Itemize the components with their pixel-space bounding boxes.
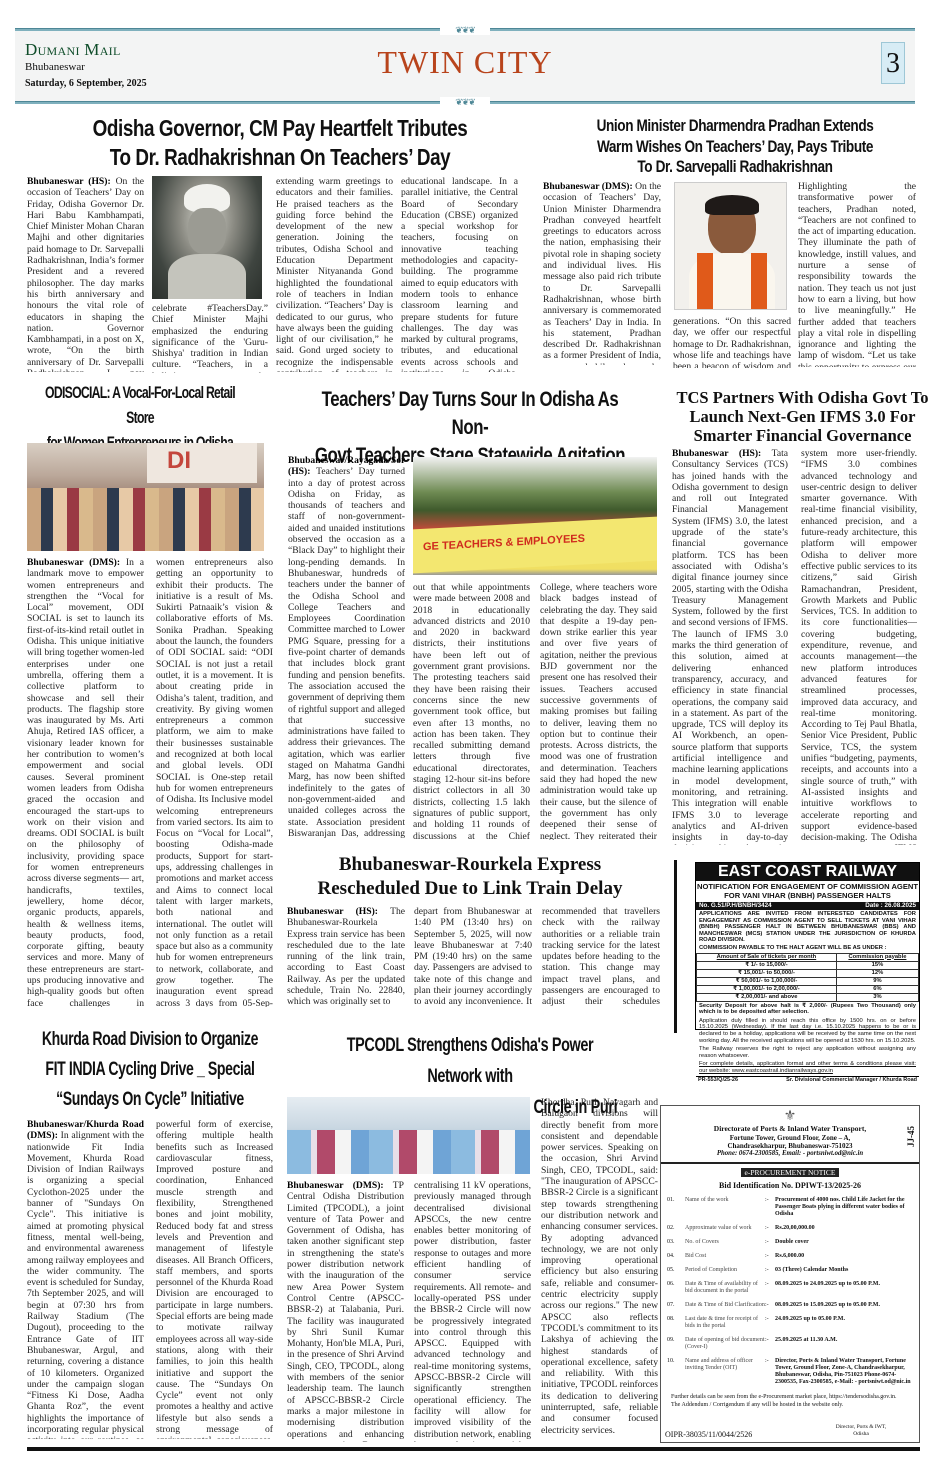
notice-row: 09.Date of opening of bid document (Cove… — [661, 1337, 919, 1351]
masthead: ❦❦❦ Dumani Mail Bhubaneswar Saturday, 6 … — [15, 28, 915, 104]
article-column: Bhubaneswar (DMS): In a landmark move to… — [27, 557, 144, 1007]
notice-further-details[interactable]: Further details can be seen from the e-P… — [661, 1393, 919, 1401]
notice-row: 08.Last date & time for receipt of bids … — [661, 1316, 919, 1330]
table-row: ₹ 2,00,001/- and above3% — [697, 993, 919, 1001]
article-column: centralising 11 kV operations, previousl… — [414, 1180, 531, 1442]
article-column: celebrate #TeachersDay.” Chief Minister … — [152, 303, 268, 373]
article-column: Highlighting the transformative power of… — [798, 181, 916, 367]
table-row: ₹ 1,00,001/- to 2,00,000/-6% — [697, 985, 919, 993]
notice-addendum: The Addendum / Corrigendum if any will b… — [661, 1401, 919, 1409]
radhakrishnan-portrait-photo — [152, 176, 262, 299]
ad-reserve: The Railway reserves the right to reject… — [696, 1045, 919, 1060]
table-cell: 3% — [836, 993, 918, 1001]
page-bottom-rule — [27, 1447, 920, 1451]
article-column: College, where teachers wore black badge… — [540, 582, 657, 840]
table-header: Commission payable — [836, 953, 918, 961]
table-cell: 15% — [836, 961, 918, 969]
section-title: TWIN CITY — [15, 44, 915, 81]
table-cell: ₹ 15,001/- to 50,000/- — [697, 969, 837, 977]
table-cell: 9% — [836, 977, 918, 985]
dharmendra-pradhan-photo — [674, 182, 787, 310]
article-column: extending warm greetings to educators an… — [276, 176, 393, 372]
table-row: ₹ 50,001/- to 1,00,000/-9% — [697, 977, 919, 985]
notice-row: 07.Date & Time of Bid Clarification:-08.… — [661, 1302, 919, 1309]
table-row: ₹ 1/- to 15,000/-15% — [697, 961, 919, 969]
notice-row: 03.No. of Covers:-Double cover — [661, 1239, 919, 1246]
commission-table: Amount of Sale of tickets per month Comm… — [696, 953, 919, 1002]
table-header: Amount of Sale of tickets per month — [697, 953, 837, 961]
emblem-icon: ⚜ — [661, 1109, 919, 1125]
table-cell: ₹ 50,001/- to 1,00,000/- — [697, 977, 837, 985]
notice-row: 10.Name and address of officer inviting … — [661, 1358, 919, 1386]
ad-date: Date : 26.08.2025 — [865, 902, 916, 910]
table-row: ₹ 15,001/- to 50,000/-12% — [697, 969, 919, 977]
ad-side-rule — [674, 860, 677, 1033]
notice-contact: Phone: 0674-2300585, Email: - portsniwt.… — [661, 1150, 919, 1158]
notice-row: 05.Period of Completion:-03 (Three) Cale… — [661, 1267, 919, 1274]
notice-oipr: OIPR-38035/11/0044/2526 — [665, 1431, 752, 1438]
headline[interactable]: Bhubaneswar-Rourkela Express Rescheduled… — [280, 853, 660, 901]
notice-side-code: JJ-45 — [908, 1126, 915, 1147]
article-column: Khordha, Puri, Nayagarh and Balugaon div… — [541, 1097, 658, 1442]
notice-row: 06.Date & Time of availability of bid do… — [661, 1281, 919, 1295]
teachers-protest-rally-photo: GE TEACHERS & EMPLOYEES — [413, 457, 657, 575]
notice-title: e-PROCUREMENT NOTICE — [741, 1168, 840, 1177]
headline[interactable]: Union Minister Dharmendra Pradhan Extend… — [567, 116, 903, 178]
notice-row: 02.Approximate value of work:-Rs.20,00,0… — [661, 1225, 919, 1232]
ornament-icon: ❦❦❦ — [440, 25, 490, 35]
ad-ref-no: No. G.51/P.H/BNBH/3424 — [699, 902, 772, 910]
table-cell: ₹ 2,00,001/- and above — [697, 993, 837, 1001]
headline[interactable]: TCS Partners With Odisha Govt To Launch … — [660, 388, 945, 445]
ad-deposit: Security Deposit for above halt is ₹ 2,0… — [696, 1002, 919, 1017]
article-column: Bhubaneswar/Khurda Road (DMS): In alignm… — [27, 1119, 144, 1439]
ad-reference-bar: No. G.51/P.H/BNBH/3424 Date : 26.08.2025 — [696, 902, 919, 910]
article-column: Bhubaneswar (DMS): On the occasion of Te… — [543, 181, 661, 365]
ad-signatory: Sr. Divisional Commercial Manager / Khur… — [786, 1077, 917, 1084]
article-column: generations. “On this sacred day, we off… — [673, 316, 791, 368]
headline[interactable]: Khurda Road Division to Organize FIT IND… — [39, 1025, 261, 1115]
bid-identification: Bid Identification No. DPIWT-13/2025-26 — [661, 1182, 919, 1189]
article-column: Bhubaneswar (HS): On the occasion of Tea… — [27, 176, 144, 372]
notice-row: 04.Bid Cost:-Rs.6,000.00 — [661, 1253, 919, 1260]
notice-address-1: Fortune Tower, Ground Floor, Zone – A, — [661, 1134, 919, 1142]
table-cell: 6% — [836, 985, 918, 993]
article-column: women entrepreneurs also getting an oppo… — [156, 557, 273, 1007]
dpiwt-procurement-notice: ⚜ Directorate of Ports & Inland Water Tr… — [660, 1105, 920, 1443]
table-cell: ₹ 1/- to 15,000/- — [697, 961, 837, 969]
article-column: powerful form of exercise, offering mult… — [156, 1119, 273, 1439]
article-column: Bhubaneswar (HS): Tata Consultancy Servi… — [672, 448, 788, 845]
notice-address-2: Chandrasekharpur, Bhubaneswar-751023 — [661, 1142, 919, 1150]
page-number: 3 — [881, 42, 905, 84]
ad-footer: PR-553/Q/25-26 Sr. Divisional Commercial… — [696, 1076, 919, 1084]
ornament-icon: ❦❦❦ — [440, 97, 490, 107]
ad-website-link[interactable]: For complete details, application format… — [696, 1060, 919, 1075]
ad-title: EAST COAST RAILWAY — [696, 863, 919, 881]
east-coast-railway-ad: EAST COAST RAILWAY NOTIFICATION FOR ENGA… — [695, 862, 920, 1030]
table-cell: ₹ 1,00,001/- to 2,00,000/- — [697, 985, 837, 993]
notice-org: Directorate of Ports & Inland Water Tran… — [661, 1125, 919, 1134]
ad-commission-heading: COMMISSION PAYABLE TO THE HALT AGENT WIL… — [696, 945, 919, 953]
notice-signatory: Director, Ports & IWT, Odisha — [831, 1424, 891, 1438]
tpcodl-inauguration-photo — [287, 1097, 530, 1174]
article-column: Bhubaneswar (DMS): TP Central Odisha Dis… — [287, 1180, 404, 1442]
article-column: Bhubaneswar (HS): The Bhubaneswar-Rourke… — [287, 906, 405, 1006]
article-column: recommended that travellers check with t… — [542, 906, 660, 1006]
ad-pr-no: PR-553/Q/25-26 — [698, 1077, 738, 1084]
article-column: system more user-friendly. “IFMS 3.0 com… — [801, 448, 917, 845]
notice-row: 01.Name of the work:-Procurement of 4000… — [661, 1197, 919, 1218]
article-column: out that while appointments were made be… — [413, 582, 530, 840]
ad-subtitle: NOTIFICATION FOR ENGAGEMENT OF COMMISSIO… — [696, 881, 919, 902]
article-column: Bhubaneswar/Rayagada/Soro (HS): Teachers… — [288, 455, 405, 840]
odisocial-group-photo: DI — [27, 443, 264, 551]
article-column: depart from Bhubaneswar at 1:40 PM (13:4… — [414, 906, 532, 1006]
headline[interactable]: Odisha Governor, CM Pay Heartfelt Tribut… — [67, 114, 493, 172]
ad-intro: APPLICATIONS ARE INVITED FROM INTERESTED… — [696, 910, 919, 945]
table-cell: 12% — [836, 969, 918, 977]
article-column: educational landscape. In a parallel ini… — [401, 176, 518, 372]
ad-deadline: Application duly filled in should reach … — [696, 1017, 919, 1045]
